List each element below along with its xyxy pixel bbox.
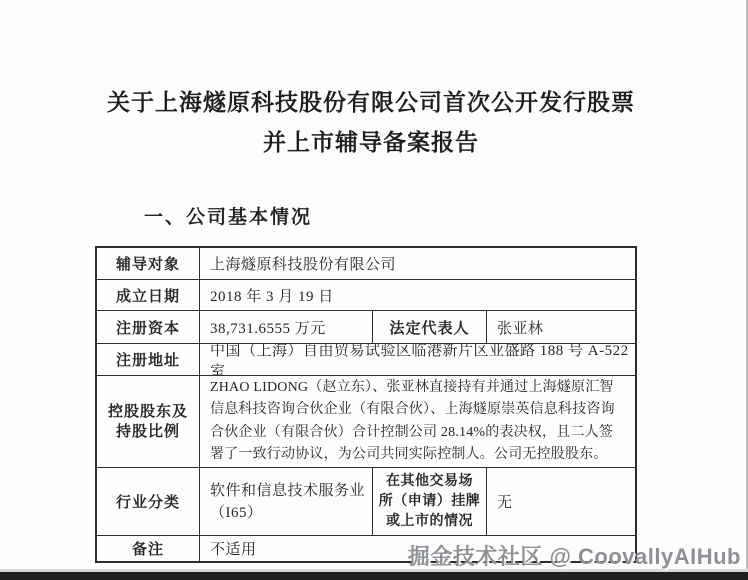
establish-date-value: 2018 年 3 月 19 日 [200,280,635,311]
industry-classification-label: 行业分类 [97,468,200,536]
counseling-target-value: 上海燧原科技股份有限公司 [200,248,635,280]
scan-band-dark [0,572,748,580]
controlling-shareholder-label: 控股股东及 持股比例 [97,376,200,468]
legal-representative-label: 法定代表人 [373,311,487,344]
remarks-label: 备注 [97,536,200,561]
registered-address-label: 注册地址 [97,344,200,376]
document-title-line2: 并上市辅导备案报告 [0,123,742,163]
section-heading: 一、公司基本情况 [144,202,312,229]
controlling-shareholder-value: ZHAO LIDONG（赵立东）、张亚林直接持有并通过上海燧原汇智信息科技咨询合… [200,376,635,468]
controlling-shareholder-label-lines: 控股股东及 持股比例 [108,402,188,442]
document-title: 关于上海燧原科技股份有限公司首次公开发行股票 并上市辅导备案报告 [0,83,742,163]
other-listing-status-label: 在其他交易场 所（申请）挂牌 或上市的情况 [373,468,487,536]
legal-representative-value: 张亚林 [487,311,635,344]
company-info-table: 辅导对象 上海燧原科技股份有限公司 成立日期 2018 年 3 月 19 日 注… [95,246,637,563]
counseling-target-label: 辅导对象 [97,248,200,280]
other-listing-status-label-lines: 在其他交易场 所（申请）挂牌 或上市的情况 [379,472,481,532]
document-title-line1: 关于上海燧原科技股份有限公司首次公开发行股票 [0,83,742,123]
watermark-text: 掘金技术社区 @ CoovallyAIHub [408,540,741,571]
other-listing-status-value: 无 [487,468,635,536]
document-page: 关于上海燧原科技股份有限公司首次公开发行股票 并上市辅导备案报告 一、公司基本情… [0,0,748,580]
registered-address-value: 中国（上海）自由贸易试验区临港新片区业盛路 188 号 A-522 室 [200,344,635,376]
establish-date-label: 成立日期 [97,280,200,311]
registered-capital-value: 38,731.6555 万元 [200,311,373,344]
industry-classification-value: 软件和信息技术服务业（I65） [200,468,373,536]
registered-capital-label: 注册资本 [97,311,200,344]
